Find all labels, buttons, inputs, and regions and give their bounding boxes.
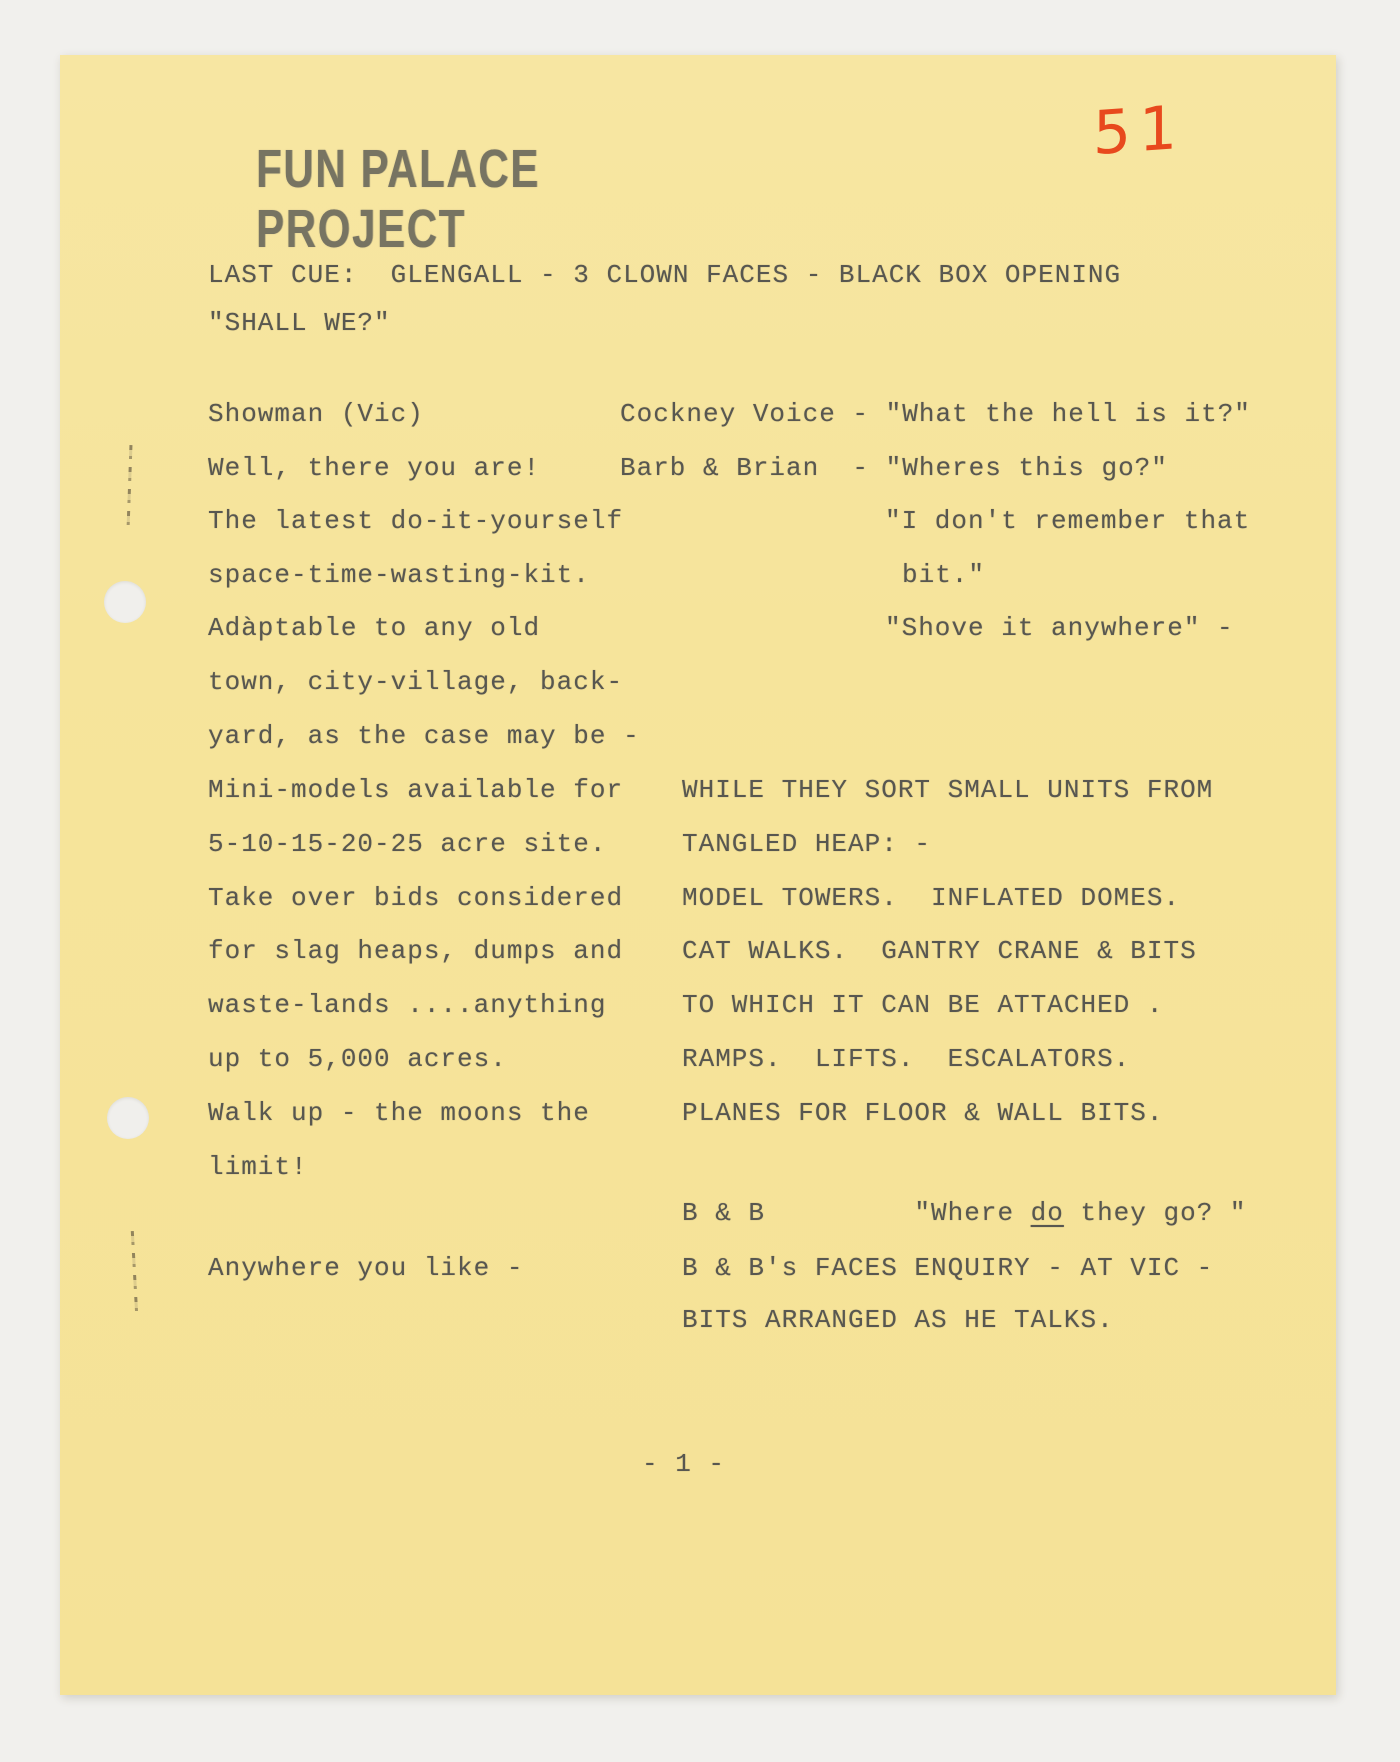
staple-mark-bottom <box>131 1231 138 1315</box>
left-line: limit! <box>208 1152 308 1182</box>
b-and-b-cue-prefix: B & B "Where <box>682 1198 1031 1228</box>
cue-quote-line: "SHALL WE?" <box>208 308 391 338</box>
b-and-b-cue-line: B & B "Where do they go? " <box>682 1198 1247 1228</box>
left-line: Well, there you are! <box>208 453 540 483</box>
stage-direction-line: TANGLED HEAP: - <box>682 829 931 859</box>
dialog-line: bit." <box>902 560 985 590</box>
hole-punch-top <box>104 581 146 623</box>
dialog-line: "I don't remember that <box>885 506 1250 536</box>
stage-direction-line: RAMPS. LIFTS. ESCALATORS. <box>682 1044 1130 1074</box>
scan-background: FUN PALACE PROJECT 51 LAST CUE: GLENGALL… <box>0 0 1400 1762</box>
stage-direction-line: CAT WALKS. GANTRY CRANE & BITS <box>682 936 1197 966</box>
stage-direction-line: MODEL TOWERS. INFLATED DOMES. <box>682 883 1180 913</box>
left-line: waste-lands ....anything <box>208 990 606 1020</box>
staple-mark-top <box>127 445 133 529</box>
left-line: Mini-models available for <box>208 775 623 805</box>
left-line: Anywhere you like - <box>208 1253 523 1283</box>
left-line: town, city-village, back- <box>208 667 623 697</box>
stage-direction-line: BITS ARRANGED AS HE TALKS. <box>682 1305 1114 1335</box>
left-line: Walk up - the moons the <box>208 1098 590 1128</box>
left-line: 5-10-15-20-25 acre site. <box>208 829 606 859</box>
hole-punch-bottom <box>107 1097 149 1139</box>
handwritten-page-number: 51 <box>1093 97 1185 166</box>
stamp-line-2: PROJECT <box>256 199 540 259</box>
stamp-line-1: FUN PALACE <box>256 139 540 199</box>
dialog-line: "Shove it anywhere" - <box>885 613 1234 643</box>
left-line: yard, as the case may be - <box>208 721 640 751</box>
last-cue-line: LAST CUE: GLENGALL - 3 CLOWN FACES - BLA… <box>208 260 1121 290</box>
left-line: space-time-wasting-kit. <box>208 560 590 590</box>
b-and-b-cue-suffix: they go? " <box>1064 1198 1247 1228</box>
stage-direction-line: WHILE THEY SORT SMALL UNITS FROM <box>682 775 1213 805</box>
left-line: The latest do-it-yourself <box>208 506 623 536</box>
left-line: for slag heaps, dumps and <box>208 936 623 966</box>
dialog-line: Cockney Voice - "What the hell is it?" <box>620 399 1251 429</box>
b-and-b-cue-emphasized-word: do <box>1031 1198 1064 1228</box>
left-line-speaker: Showman (Vic) <box>208 399 424 429</box>
stage-direction-line: TO WHICH IT CAN BE ATTACHED . <box>682 990 1163 1020</box>
left-line: up to 5,000 acres. <box>208 1044 507 1074</box>
left-line: Adàptable to any old <box>208 613 540 643</box>
stage-direction-line: PLANES FOR FLOOR & WALL BITS. <box>682 1098 1163 1128</box>
fun-palace-project-stamp: FUN PALACE PROJECT <box>256 139 540 259</box>
left-line: Take over bids considered <box>208 883 623 913</box>
dialog-line: Barb & Brian - "Wheres this go?" <box>620 453 1168 483</box>
stage-direction-line: B & B's FACES ENQUIRY - AT VIC - <box>682 1253 1213 1283</box>
typed-page-number: - 1 - <box>642 1449 725 1479</box>
